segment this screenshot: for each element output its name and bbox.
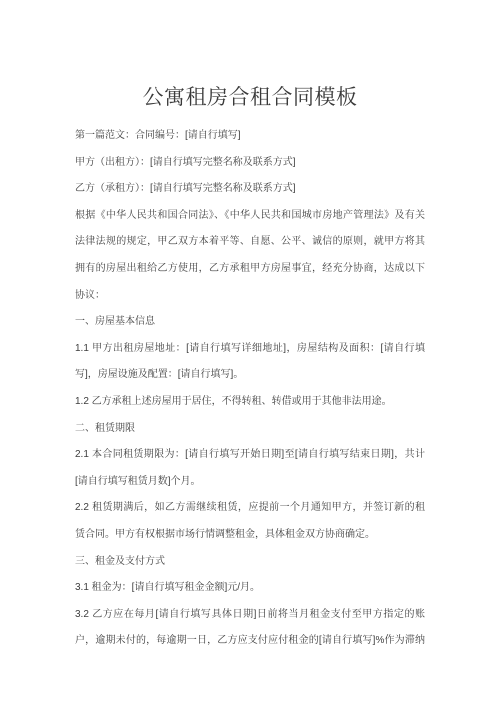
doc-line: 3.2 乙方应在每月[请自行填写具体日期]日前将当月租金支付至甲方指定的账 [75, 602, 425, 629]
doc-line: 甲方（出租方）：[请自行填写完整名称及联系方式] [75, 150, 425, 177]
document-page: 公寓租房合租合同模板 第一篇范文：合同编号：[请自行填写]甲方（出租方）：[请自… [0, 0, 500, 707]
doc-line: 拥有的房屋出租给乙方使用，乙方承租甲方房屋事宜，经充分协商，达成以下 [75, 256, 425, 283]
doc-line: 1.2 乙方承租上述房屋用于居住，不得转租、转借或用于其他非法用途。 [75, 389, 425, 416]
doc-line: 写]，房屋设施及配置：[请自行填写]。 [75, 362, 425, 389]
doc-line: 三、租金及支付方式 [75, 549, 425, 576]
doc-line: 根据《中华人民共和国合同法》、《中华人民共和国城市房地产管理法》及有关 [75, 203, 425, 230]
doc-line: 赁合同。甲方有权根据市场行情调整租金，具体租金双方协商确定。 [75, 522, 425, 549]
doc-line: 2.1 本合同租赁期限为：[请自行填写开始日期]至[请自行填写结束日期]，共计 [75, 442, 425, 469]
doc-line: 2.2 租赁期满后，如乙方需继续租赁，应提前一个月通知甲方，并签订新的租 [75, 495, 425, 522]
document-body: 第一篇范文：合同编号：[请自行填写]甲方（出租方）：[请自行填写完整名称及联系方… [75, 123, 425, 655]
doc-line: 户，逾期未付的，每逾期一日，乙方应支付应付租金的[请自行填写]%作为滞纳 [75, 628, 425, 655]
doc-line: 第一篇范文：合同编号：[请自行填写] [75, 123, 425, 150]
doc-line: 协议： [75, 283, 425, 310]
doc-line: 乙方（承租方）：[请自行填写完整名称及联系方式] [75, 176, 425, 203]
doc-line: 一、房屋基本信息 [75, 309, 425, 336]
page-title: 公寓租房合租合同模板 [0, 81, 500, 111]
doc-line: 法律法规的规定，甲乙双方本着平等、自愿、公平、诚信的原则，就甲方将其 [75, 229, 425, 256]
doc-line: 3.1 租金为：[请自行填写租金金额]元/月。 [75, 575, 425, 602]
doc-line: 二、租赁期限 [75, 416, 425, 443]
doc-line: [请自行填写租赁月数]个月。 [75, 469, 425, 496]
doc-line: 1.1 甲方出租房屋地址：[请自行填写详细地址]，房屋结构及面积：[请自行填 [75, 336, 425, 363]
